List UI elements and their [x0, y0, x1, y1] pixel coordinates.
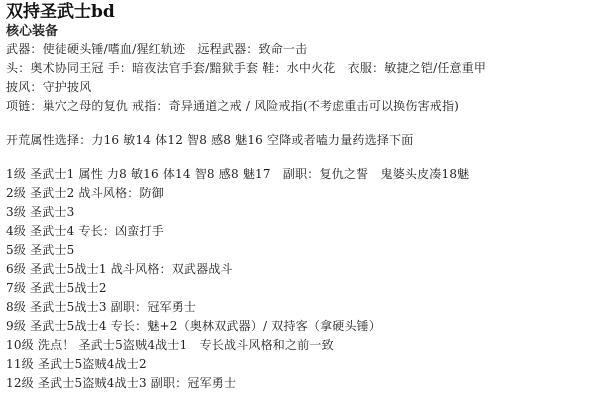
level-1: 1级 圣武士1 属性 力8 敏16 体14 智8 感8 魅17 副职：复仇之誓 … [6, 167, 469, 182]
level-11: 11级 圣武士5盗贼4战士2 [6, 357, 147, 372]
equipment-cloak: 披风：守护披风 [6, 80, 91, 95]
level-5: 5级 圣武士5 [6, 243, 74, 258]
page-title: 双持圣武士bd [6, 2, 115, 22]
level-12: 12级 圣武士5盗贼4战士3 副职：冠军勇士 [6, 376, 236, 391]
level-7: 7级 圣武士5战士2 [6, 281, 107, 296]
equipment-armor: 头：奥术协同王冠 手：暗夜法官手套/黯狱手套 鞋：水中火花 衣服：敏捷之铠/任意… [6, 61, 486, 76]
equipment-weapons: 武器：使徒硬头锤/嗜血/猩红轨迹 远程武器：致命一击 [6, 42, 307, 57]
level-4: 4级 圣武士4 专长：凶蛮打手 [6, 224, 164, 239]
level-6: 6级 圣武士5战士1 战斗风格：双武器战斗 [6, 262, 233, 277]
equipment-jewelry: 项链：巢穴之母的复仇 戒指：奇异通道之戒 / 风险戒指(不考虑重击可以换伤害戒指… [6, 99, 459, 114]
level-9: 9级 圣武士5战士4 专长：魅+2（奥林双武器）/ 双持客（拿硬头锤） [6, 319, 381, 334]
level-2: 2级 圣武士2 战斗风格：防御 [6, 186, 164, 201]
level-10: 10级 洗点！ 圣武士5盗贼4战士1 专长战斗风格和之前一致 [6, 338, 334, 353]
section-heading-core-equipment: 核心装备 [6, 24, 58, 40]
starting-attributes: 开荒属性选择：力16 敏14 体12 智8 感8 魅16 空降或者嗑力量药选择下… [6, 133, 413, 148]
level-8: 8级 圣武士5战士3 副职：冠军勇士 [6, 300, 196, 315]
level-3: 3级 圣武士3 [6, 205, 74, 220]
